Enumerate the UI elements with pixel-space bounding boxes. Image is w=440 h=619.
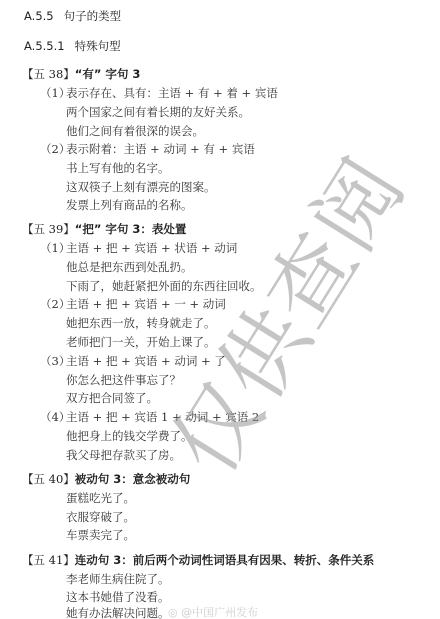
example-sentence: 他把身上的钱交学费了。 [66, 428, 193, 444]
weibo-watermark: ◎ @中国广州发布 [168, 604, 258, 619]
pattern-item: （2）主语 + 把 + 宾语 + 一 + 动词 [40, 296, 226, 312]
example-sentence: 这双筷子上刻有漂亮的图案。 [66, 179, 216, 195]
example-sentence: 她把东西一放，转身就走了。 [66, 315, 216, 331]
heading-number: A.5.5 [24, 9, 54, 23]
heading-number: A.5.5.1 [24, 39, 65, 53]
section-heading-39: 【五 39】“把” 字句 3：表处置 [22, 221, 186, 237]
example-sentence: 她有办法解决问题。 [66, 605, 170, 619]
example-sentence: 下雨了，她赶紧把外面的东西往回收。 [66, 278, 262, 294]
item-index: （2） [40, 296, 66, 312]
section-heading-40: 【五 40】被动句 3：意念被动句 [22, 471, 190, 487]
item-index: （2） [40, 141, 66, 157]
item-index: （1） [40, 85, 66, 101]
example-sentence: 这本书她借了没看。 [66, 589, 170, 605]
weibo-handle: @中国广州发布 [181, 606, 258, 619]
item-pattern: 主语 + 把 + 宾语 + 动词 + 了 [66, 354, 226, 368]
item-pattern: 表示附着：主语 + 动词 + 有 + 宾语 [66, 142, 255, 156]
example-sentence: 我父母把存款买了房。 [66, 447, 181, 463]
pattern-item: （1）主语 + 把 + 宾语 + 状语 + 动词 [40, 240, 237, 256]
example-sentence: 书上写有他的名字。 [66, 160, 170, 176]
example-sentence: 老师把门一关，开始上课了。 [66, 334, 216, 350]
item-pattern: 主语 + 把 + 宾语 + 状语 + 动词 [66, 241, 237, 255]
example-sentence: 车票卖完了。 [66, 527, 135, 543]
weibo-icon: ◎ [168, 606, 181, 619]
section-tag: 【五 41】 [22, 553, 75, 567]
item-pattern: 主语 + 把 + 宾语 1 + 动词 + 宾语 2 [66, 410, 259, 424]
section-title: 被动句 3：意念被动句 [75, 472, 191, 486]
heading-title: 特殊句型 [75, 39, 121, 53]
pattern-item: （1）表示存在、具有：主语 + 有 + 着 + 宾语 [40, 85, 278, 101]
example-sentence: 李老师生病住院了。 [66, 571, 170, 587]
pattern-item: （4）主语 + 把 + 宾语 1 + 动词 + 宾语 2 [40, 409, 259, 425]
section-heading-38: 【五 38】“有” 字句 3 [22, 66, 140, 82]
item-index: （3） [40, 353, 66, 369]
example-sentence: 发票上列有商品的名称。 [66, 197, 193, 213]
item-pattern: 主语 + 把 + 宾语 + 一 + 动词 [66, 297, 226, 311]
example-sentence: 他总是把东西到处乱扔。 [66, 259, 193, 275]
pattern-item: （3）主语 + 把 + 宾语 + 动词 + 了 [40, 353, 226, 369]
section-heading-41: 【五 41】连动句 3：前后两个动词性词语具有因果、转折、条件关系 [22, 552, 374, 568]
example-sentence: 蛋糕吃光了。 [66, 490, 135, 506]
section-tag: 【五 40】 [22, 472, 75, 486]
pattern-item: （2）表示附着：主语 + 动词 + 有 + 宾语 [40, 141, 255, 157]
section-tag: 【五 39】 [22, 222, 75, 236]
example-sentence: 衣服穿破了。 [66, 509, 135, 525]
section-title: “把” 字句 3：表处置 [75, 222, 187, 236]
section-title: 连动句 3：前后两个动词性词语具有因果、转折、条件关系 [75, 553, 375, 567]
section-tag: 【五 38】 [22, 67, 75, 81]
example-sentence: 两个国家之间有着长期的友好关系。 [66, 104, 250, 120]
example-sentence: 双方把合同签了。 [66, 390, 158, 406]
example-sentence: 他们之间有着很深的误会。 [66, 123, 204, 139]
section-title: “有” 字句 3 [75, 67, 141, 81]
item-pattern: 表示存在、具有：主语 + 有 + 着 + 宾语 [66, 86, 278, 100]
heading-a551: A.5.5.1特殊句型 [24, 38, 121, 54]
heading-a55: A.5.5句子的类型 [24, 8, 121, 24]
item-index: （1） [40, 240, 66, 256]
item-index: （4） [40, 409, 66, 425]
example-sentence: 你怎么把这件事忘了？ [66, 372, 181, 388]
heading-title: 句子的类型 [64, 9, 122, 23]
